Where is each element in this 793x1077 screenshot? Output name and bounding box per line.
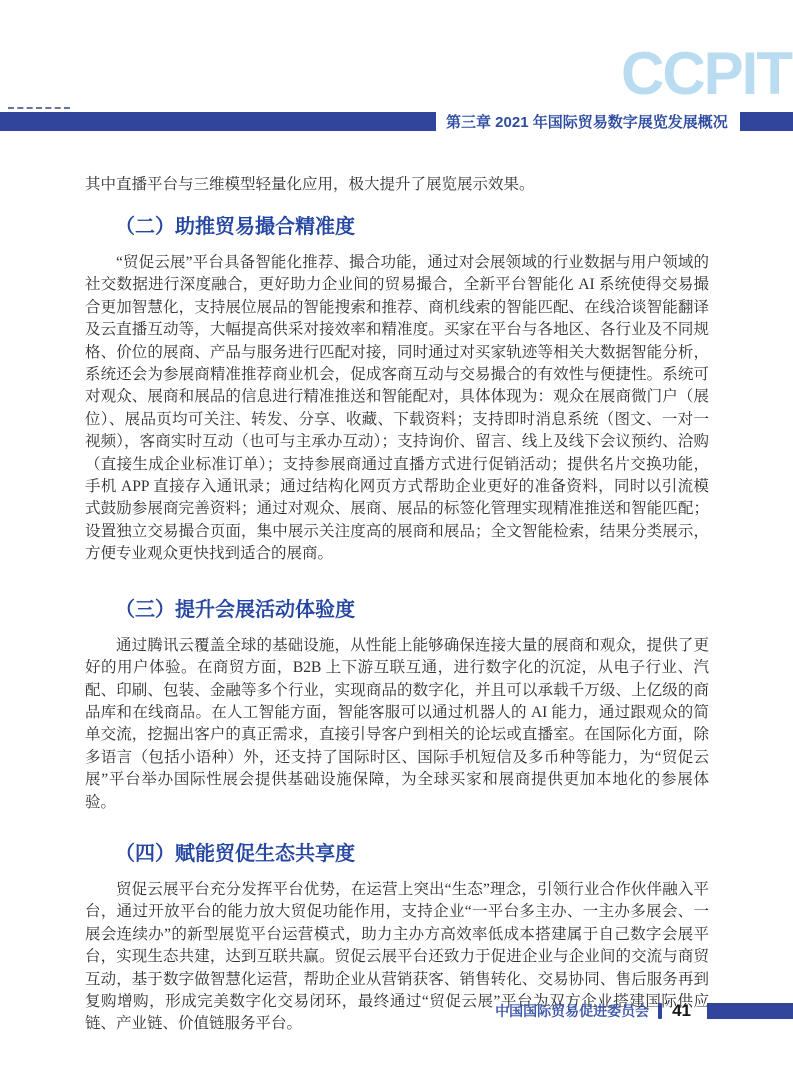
section-heading-2: （二）助推贸易撮合精准度 xyxy=(85,214,709,240)
page-content: 其中直播平台与三维模型轻量化应用，极大提升了展览展示效果。 （二）助推贸易撮合精… xyxy=(85,0,709,1036)
footer-organization: 中国国际贸易促进委员会 xyxy=(495,1001,649,1021)
page-footer: 中国国际贸易促进委员会 41 xyxy=(0,1002,793,1020)
section-heading-4: （四）赋能贸促生态共享度 xyxy=(85,841,709,867)
document-page: CCPIT 第三章 2021 年国际贸易数字展览发展概况 其中直播平台与三维模型… xyxy=(0,0,793,1077)
header-dashed-artifact xyxy=(8,107,70,109)
intro-paragraph: 其中直播平台与三维模型轻量化应用，极大提升了展览展示效果。 xyxy=(85,174,709,196)
footer-divider xyxy=(658,1003,662,1019)
header-bar-right xyxy=(740,112,793,131)
section-paragraph-3: 通过腾讯云覆盖全球的基础设施，从性能上能够确保连接大量的展商和观众，提供了更好的… xyxy=(85,635,709,814)
footer-page-number: 41 xyxy=(672,1001,691,1021)
section-paragraph-2: “贸促云展”平台具备智能化推荐、撮合功能，通过对会展领域的行业数据与用户领域的社… xyxy=(85,252,709,566)
section-heading-3: （三）提升会展活动体验度 xyxy=(85,597,709,623)
footer-bar xyxy=(707,1003,793,1019)
